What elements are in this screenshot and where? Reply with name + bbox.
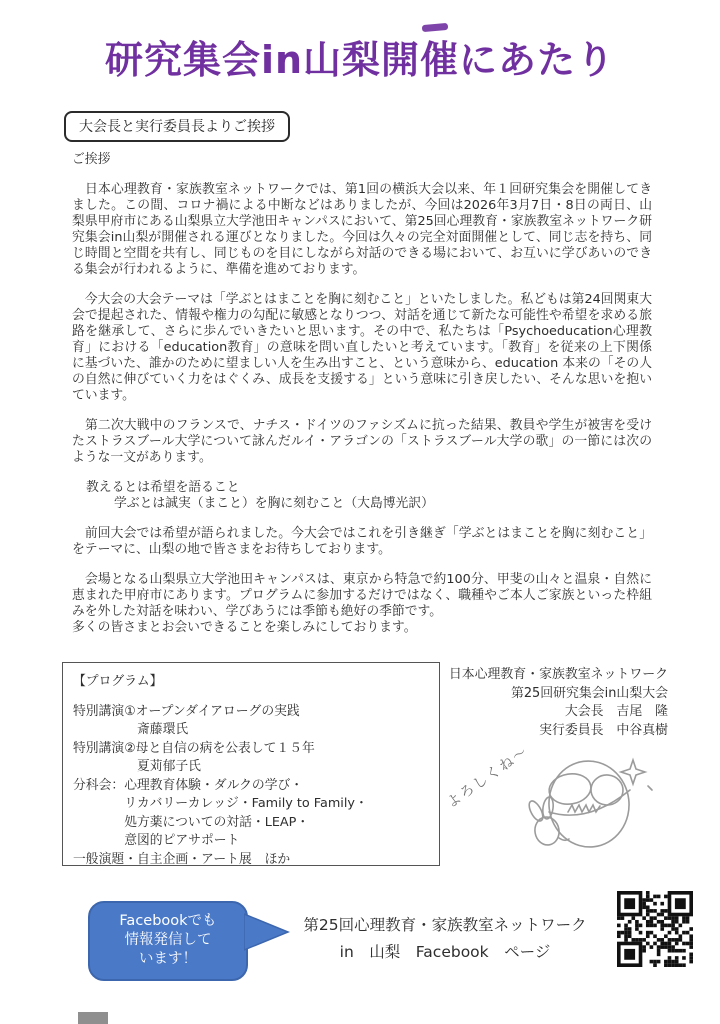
poem-quote: 教えるとは希望を語ること 学ぶとは誠実（まこと）を胸に刻むこと（大島博光訳） bbox=[72, 480, 652, 512]
signature-organization: 日本心理教育・家族教室ネットワーク bbox=[368, 666, 668, 685]
facebook-caption: 第25回心理教育・家族教室ネットワーク in 山梨 Facebook ページ bbox=[285, 912, 605, 966]
bubble-line: います！ bbox=[90, 950, 246, 969]
face-doodle: よろしくね～ bbox=[448, 752, 663, 877]
subtitle-box: 大会長と実行委員長よりご挨拶 bbox=[64, 111, 290, 142]
greeting-paragraph-1: 日本心理教育・家族教室ネットワークでは、第1回の横浜大会以来、年１回研究集会を開… bbox=[72, 182, 652, 278]
poem-quote-line-1: 教えるとは希望を語ること bbox=[72, 480, 652, 496]
program-line: 一般演題・自主企画・アート展 ほか bbox=[73, 851, 429, 870]
facebook-caption-line-1: 第25回心理教育・家族教室ネットワーク bbox=[285, 912, 605, 939]
program-line: 夏苅郁子氏 bbox=[73, 758, 429, 777]
program-line: リカバリーカレッジ・Family to Family・ bbox=[73, 795, 429, 814]
signature-president: 大会長 吉尾 隆 bbox=[368, 703, 668, 722]
signature-conference: 第25回研究集会in山梨大会 bbox=[368, 685, 668, 704]
greeting-paragraph-5: 会場となる山梨県立大学池田キャンパスは、東京から特急で約100分、甲斐の山々と温… bbox=[72, 572, 652, 620]
sparkle-icon bbox=[621, 760, 645, 784]
program-line: 特別講演②母と自信の病を公表して１５年 bbox=[73, 740, 429, 759]
greeting-body: ご挨拶 日本心理教育・家族教室ネットワークでは、第1回の横浜大会以来、年１回研究… bbox=[72, 152, 652, 636]
signature-chair: 実行委員長 中谷真樹 bbox=[368, 722, 668, 741]
page-title: 研究集会in山梨開催にあたり bbox=[0, 38, 720, 84]
page-bottom-artifact bbox=[78, 1012, 108, 1024]
salutation: ご挨拶 bbox=[72, 152, 652, 168]
poem-quote-line-2: 学ぶとは誠実（まこと）を胸に刻むこと（大島博光訳） bbox=[72, 496, 652, 512]
signature-block: 日本心理教育・家族教室ネットワーク 第25回研究集会in山梨大会 大会長 吉尾 … bbox=[368, 666, 668, 740]
program-line: 分科会：心理教育体験・ダルクの学び・ bbox=[73, 777, 429, 796]
facebook-speech-bubble: Facebookでも 情報発信して います！ bbox=[88, 901, 248, 981]
greeting-paragraph-2: 今大会の大会テーマは「学ぶとはまことを胸に刻むこと」といたしました。私どもは第2… bbox=[72, 292, 652, 404]
greeting-paragraph-6: 多くの皆さまとお会いできることを楽しみにしております。 bbox=[72, 620, 652, 636]
bubble-line: 情報発信して bbox=[90, 931, 246, 950]
greeting-paragraph-3: 第二次大戦中のフランスで、ナチス・ドイツのファシズムに抗った結果、教員や学生が被… bbox=[72, 418, 652, 466]
speech-bubble-tail bbox=[244, 906, 290, 958]
title-accent-mark bbox=[422, 23, 449, 32]
facebook-qr-code-icon bbox=[617, 891, 693, 967]
program-line: 処方薬についての対話・LEAP・ bbox=[73, 814, 429, 833]
greeting-paragraph-4: 前回大会では希望が語られました。今大会ではこれを引き継ぎ「学ぶとはまことを胸に刻… bbox=[72, 526, 652, 558]
bubble-line: Facebookでも bbox=[90, 912, 246, 931]
program-line: 意図的ピアサポート bbox=[73, 832, 429, 851]
facebook-caption-line-2: in 山梨 Facebook ページ bbox=[285, 939, 605, 966]
